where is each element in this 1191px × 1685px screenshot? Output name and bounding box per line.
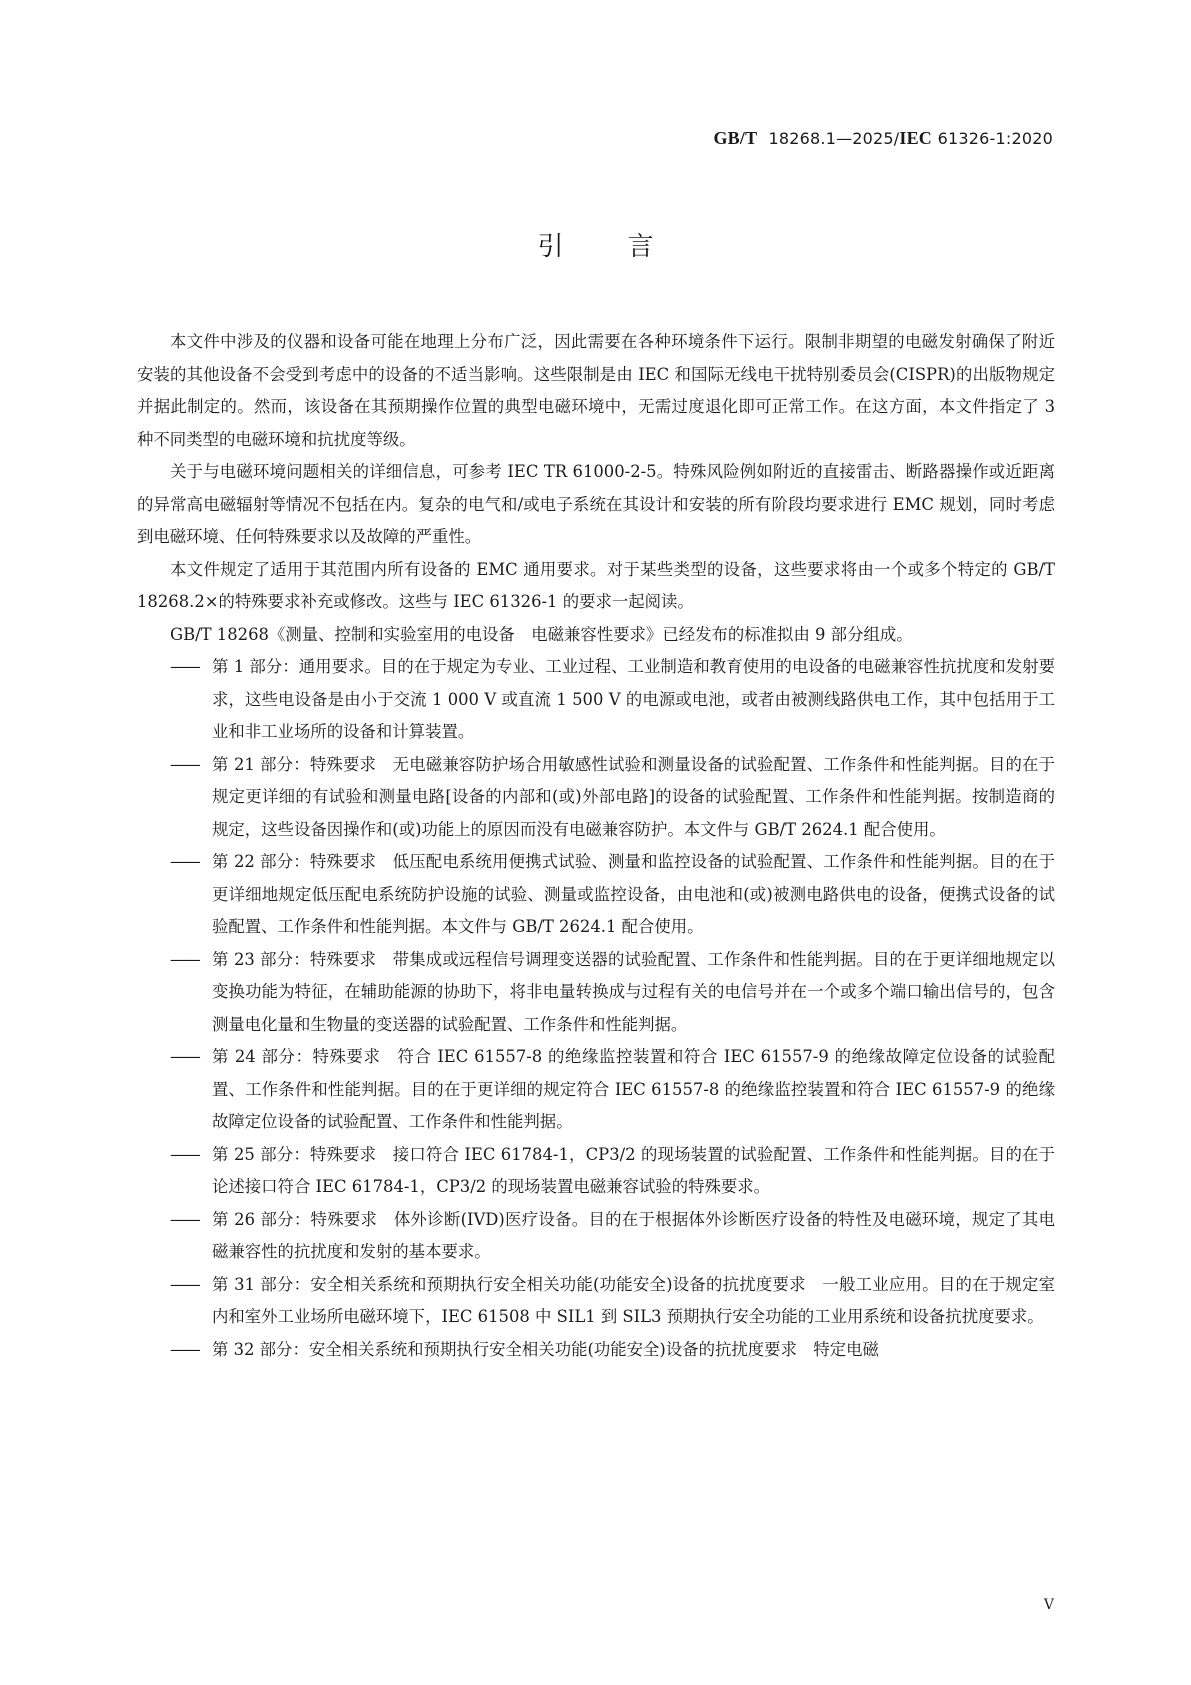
list-dash: ——: [170, 1204, 212, 1237]
list-item-part-21: ——第 21 部分：特殊要求 无电磁兼容防护场合用敏感性试验和测量设备的试验配置…: [137, 749, 1055, 847]
list-item-text: 第 31 部分：安全相关系统和预期执行安全相关功能(功能安全)设备的抗扰度要求 …: [212, 1275, 1055, 1327]
paragraph: 本文件中涉及的仪器和设备可能在地理上分布广泛，因此需要在各种环境条件下运行。限制…: [137, 326, 1055, 456]
document-body: 本文件中涉及的仪器和设备可能在地理上分布广泛，因此需要在各种环境条件下运行。限制…: [137, 326, 1055, 1366]
list-item-text: 第 21 部分：特殊要求 无电磁兼容防护场合用敏感性试验和测量设备的试验配置、工…: [212, 755, 1055, 839]
page-title: 引言: [0, 226, 1191, 263]
list-item-part-32: ——第 32 部分：安全相关系统和预期执行安全相关功能(功能安全)设备的抗扰度要…: [137, 1334, 1055, 1367]
list-item-part-24: ——第 24 部分：特殊要求 符合 IEC 61557-8 的绝缘监控装置和符合…: [137, 1041, 1055, 1139]
list-item-text: 第 24 部分：特殊要求 符合 IEC 61557-8 的绝缘监控装置和符合 I…: [212, 1047, 1055, 1131]
list-item-text: 第 23 部分：特殊要求 带集成或远程信号调理变送器的试验配置、工作条件和性能判…: [212, 950, 1055, 1034]
list-item-part-26: ——第 26 部分：特殊要求 体外诊断(IVD)医疗设备。目的在于根据体外诊断医…: [137, 1204, 1055, 1269]
list-item-part-31: ——第 31 部分：安全相关系统和预期执行安全相关功能(功能安全)设备的抗扰度要…: [137, 1269, 1055, 1334]
standard-prefix: GB/T: [713, 128, 757, 148]
list-item-part-22: ——第 22 部分：特殊要求 低压配电系统用便携式试验、测量和监控设备的试验配置…: [137, 846, 1055, 944]
paragraph: GB/T 18268《测量、控制和实验室用的电设备 电磁兼容性要求》已经发布的标…: [137, 619, 1055, 652]
list-item-part-25: ——第 25 部分：特殊要求 接口符合 IEC 61784-1，CP3/2 的现…: [137, 1139, 1055, 1204]
list-dash: ——: [170, 749, 212, 782]
list-dash: ——: [170, 944, 212, 977]
list-item-text: 第 22 部分：特殊要求 低压配电系统用便携式试验、测量和监控设备的试验配置、工…: [212, 852, 1055, 936]
list-item-text: 第 32 部分：安全相关系统和预期执行安全相关功能(功能安全)设备的抗扰度要求 …: [212, 1340, 879, 1359]
list-item-text: 第 26 部分：特殊要求 体外诊断(IVD)医疗设备。目的在于根据体外诊断医疗设…: [212, 1210, 1055, 1262]
list-dash: ——: [170, 846, 212, 879]
list-item-part-23: ——第 23 部分：特殊要求 带集成或远程信号调理变送器的试验配置、工作条件和性…: [137, 944, 1055, 1042]
document-header: GB/T 18268.1—2025/IEC 61326-1:2020: [713, 128, 1053, 149]
list-dash: ——: [170, 1334, 212, 1367]
list-item-text: 第 25 部分：特殊要求 接口符合 IEC 61784-1，CP3/2 的现场装…: [212, 1145, 1055, 1197]
list-item-part-1: ——第 1 部分：通用要求。目的在于规定为专业、工业过程、工业制造和教育使用的电…: [137, 651, 1055, 749]
list-dash: ——: [170, 651, 212, 684]
list-item-text: 第 1 部分：通用要求。目的在于规定为专业、工业过程、工业制造和教育使用的电设备…: [212, 657, 1055, 741]
paragraph: 本文件规定了适用于其范围内所有设备的 EMC 通用要求。对于某些类型的设备，这些…: [137, 554, 1055, 619]
list-dash: ——: [170, 1041, 212, 1074]
standard-number: 18268.1—2025/: [769, 129, 900, 148]
iec-number: 61326-1:2020: [938, 129, 1053, 148]
page-number: V: [1044, 1597, 1054, 1613]
list-dash: ——: [170, 1139, 212, 1172]
list-dash: ——: [170, 1269, 212, 1302]
iec-prefix: IEC: [899, 128, 932, 148]
paragraph: 关于与电磁环境问题相关的详细信息，可参考 IEC TR 61000-2-5。特殊…: [137, 456, 1055, 554]
